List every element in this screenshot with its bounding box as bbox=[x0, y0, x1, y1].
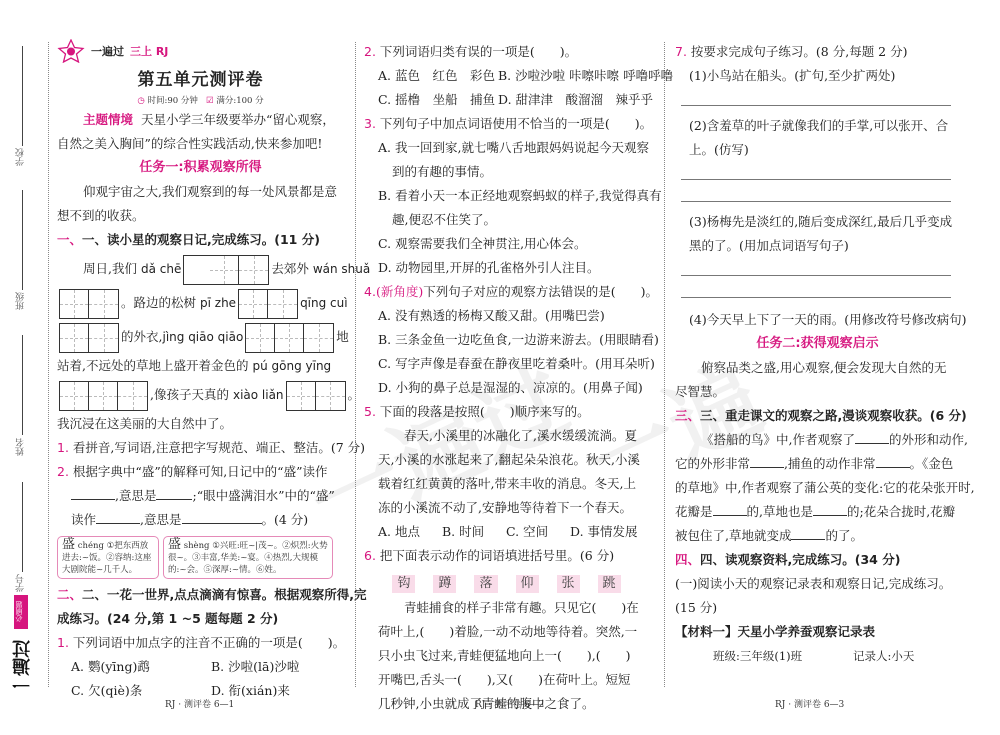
exam-time: 时间:90 分钟 bbox=[148, 96, 198, 106]
option-a[interactable]: A. 鹦(yīng)鹉 bbox=[71, 655, 211, 679]
sub-question: (2)含羞草的叶子就像我们的手掌,可以张开、合 bbox=[675, 114, 960, 138]
answer-blank[interactable] bbox=[876, 453, 910, 468]
page-1: 第五单元测评卷 ◷ 时间:90 分钟 ☑ 满分:100 分 主题情境 天星小学三… bbox=[57, 64, 344, 703]
record-meta: 班级:三年级(1)班记录人:小天 bbox=[675, 644, 960, 668]
page-title: 第五单元测评卷 bbox=[57, 66, 344, 94]
answer-line[interactable] bbox=[681, 178, 951, 180]
task-heading: 任务二:获得观察启示 bbox=[675, 332, 960, 356]
option-a[interactable]: A. 蓝色 红色 彩色 bbox=[378, 64, 498, 88]
pinyin: pú gōng yīng bbox=[252, 359, 331, 373]
diary-line: 。路边的松树 pī zheqīng cuì bbox=[57, 286, 344, 320]
answer-line[interactable] bbox=[681, 274, 951, 276]
theme-text: 自然之美入胸间”的综合性实践活动,快来参加吧! bbox=[57, 132, 344, 156]
writing-grid[interactable] bbox=[59, 381, 148, 411]
new-angle-tag: (新角度) bbox=[376, 284, 423, 299]
page-footer: RJ · 测评卷 6—3 bbox=[775, 697, 844, 710]
options: A. 蓝色 红色 彩色B. 沙啦沙啦 咔嚓咔嚓 呼噜呼噜 bbox=[364, 64, 649, 88]
question-text: 下面的段落是按照( )顺序来写的。 bbox=[380, 404, 590, 419]
margin-badge: 必刷题 bbox=[14, 595, 28, 629]
question-text: 下列句子中加点词语使用不恰当的一项是( )。 bbox=[380, 116, 652, 131]
passage-line: 冻的小溪流不动了,安静地等待着下一个春天。 bbox=[364, 496, 649, 520]
option-a[interactable]: A. 地点 bbox=[378, 520, 442, 544]
word-chip: 跳 bbox=[598, 575, 621, 593]
material-title: 【材料一】天星小学养蚕观察记录表 bbox=[675, 620, 960, 644]
option-b[interactable]: B. 沙啦(lā)沙啦 bbox=[211, 655, 299, 679]
answer-blank[interactable] bbox=[71, 485, 115, 500]
question: 7. 按要求完成句子练习。(8 分,每题 2 分) bbox=[675, 40, 960, 64]
diary-text: ,像孩子天真的 bbox=[150, 387, 229, 402]
diary-line: 周日,我们 dǎ chē去郊外 wán shuǎ bbox=[57, 252, 344, 286]
question-cont: 读作,意思是。(4 分) bbox=[57, 508, 344, 532]
answer-blank[interactable] bbox=[791, 525, 825, 540]
section-heading: 四、四、读观察资料,完成练习。(34 分) bbox=[675, 548, 960, 572]
pinyin: xiào liǎn bbox=[233, 388, 284, 402]
word-chip: 仰 bbox=[516, 575, 539, 593]
fill-paragraph: 被包住了,草地就变成的了。 bbox=[675, 524, 960, 548]
options: A. 鹦(yīng)鹉B. 沙啦(lā)沙啦 bbox=[57, 655, 344, 679]
word-bank: 钩蹲落仰张跳 bbox=[364, 568, 649, 596]
logo: 一遍过 三上 RJ bbox=[57, 40, 168, 62]
question-text: 下列词语归类有误的一项是( )。 bbox=[380, 44, 577, 59]
writing-grid[interactable] bbox=[59, 323, 119, 353]
question-text: 根据字典中“盛”的解释可知,日记中的“盛”读作 bbox=[73, 464, 328, 479]
star-logo-icon bbox=[57, 39, 85, 63]
question: 1. 看拼音,写词语,注意把字写规范、端正、整洁。(7 分) bbox=[57, 436, 344, 460]
fill-paragraph: 花瓣是的,草地也是的;花朵合拢时,花瓣 bbox=[675, 500, 960, 524]
diary-line: 站着,不远处的草地上盛开着金色的 pú gōng yīng bbox=[57, 354, 344, 378]
answer-blank[interactable] bbox=[182, 509, 262, 524]
intro-text: 俯察品类之盛,用心观察,便会发现大自然的无 bbox=[675, 356, 960, 380]
diary-text: 的外衣, bbox=[121, 329, 162, 344]
question: 5. 下面的段落是按照( )顺序来写的。 bbox=[364, 400, 649, 424]
answer-line[interactable] bbox=[681, 104, 951, 106]
answer-blank[interactable] bbox=[96, 509, 140, 524]
question-text: 下列词语中加点字的注音不正确的一项是( )。 bbox=[73, 635, 345, 650]
option-d[interactable]: D. 事情发展 bbox=[570, 520, 638, 544]
section-title: 二、一花一世界,点点滴滴有惊喜。根据观察所得,完 bbox=[82, 587, 367, 602]
section-heading: 三、三、重走课文的观察之路,漫谈观察收获。(6 分) bbox=[675, 404, 960, 428]
answer-blank[interactable] bbox=[813, 501, 847, 516]
answer-line[interactable] bbox=[681, 296, 951, 298]
option-c[interactable]: C. 摇橹 坐船 捕鱼 bbox=[378, 88, 498, 112]
intro-text: 想不到的收获。 bbox=[57, 204, 344, 228]
page-2: 2. 下列词语归类有误的一项是( )。 A. 蓝色 红色 彩色B. 沙啦沙啦 咔… bbox=[364, 40, 649, 716]
sub-question: (3)杨梅先是淡红的,随后变成深红,最后几乎变成 bbox=[675, 210, 960, 234]
answer-blank[interactable] bbox=[156, 485, 192, 500]
page-footer: RJ · 测评卷 6—2 bbox=[475, 697, 544, 710]
margin-line bbox=[22, 46, 23, 146]
pinyin: wán shuǎ bbox=[313, 262, 370, 276]
question-cont: ,意思是;“眼中盛满泪水”中的“盛” bbox=[57, 484, 344, 508]
section-title: 三、重走课文的观察之路,漫谈观察收获。(6 分) bbox=[700, 408, 967, 423]
diary-text: 去郊外 bbox=[271, 261, 309, 276]
option-c[interactable]: C. 观察需要我们全神贯注,用心体会。 bbox=[364, 232, 649, 256]
section-title: 一、读小星的观察日记,完成练习。(11 分) bbox=[82, 232, 320, 247]
exam-score: 满分:100 分 bbox=[216, 96, 263, 106]
writing-grid[interactable] bbox=[286, 381, 346, 411]
section-heading: 二、二、一花一世界,点点滴滴有惊喜。根据观察所得,完 bbox=[57, 583, 344, 607]
exam-meta: ◷ 时间:90 分钟 ☑ 满分:100 分 bbox=[57, 94, 344, 108]
theme-text: 天星小学三年级要举办“留心观察， bbox=[141, 112, 335, 127]
theme-line: 主题情境 天星小学三年级要举办“留心观察， bbox=[57, 108, 344, 132]
dict-entry-sheng: 盛 shèng ①兴旺:旺~|茂~。②炽烈:火势很~。③丰富,华美:~宴。④热烈… bbox=[163, 536, 333, 579]
passage-line: 天,小溪的水涨起来了,翻起朵朵浪花。秋天,小溪 bbox=[364, 448, 649, 472]
recorder-label: 记录人:小天 bbox=[853, 649, 914, 663]
section-heading: 一、一、读小星的观察日记,完成练习。(11 分) bbox=[57, 228, 344, 252]
brand-name: 一遍过 bbox=[91, 43, 124, 59]
sub-section: (一)阅读小天的观察记录表和观察日记,完成练习。 bbox=[675, 572, 960, 596]
task-heading: 任务一:积累观察所得 bbox=[57, 156, 344, 180]
margin-label-name: 姓名 bbox=[14, 438, 30, 456]
question: 3. 下列句子中加点词语使用不恰当的一项是( )。 bbox=[364, 112, 649, 136]
section-title: 四、读观察资料,完成练习。(34 分) bbox=[700, 552, 900, 567]
page-footer: RJ · 测评卷 6—1 bbox=[165, 697, 234, 710]
answer-blank[interactable] bbox=[855, 429, 889, 444]
grade-label: 三上 RJ bbox=[130, 43, 168, 59]
margin-brand: 一遍过 bbox=[10, 640, 36, 694]
passage-line: 春天,小溪里的冰融化了,溪水缓缓流淌。夏 bbox=[364, 424, 649, 448]
theme-label: 主题情境 bbox=[83, 112, 133, 127]
passage-line: 只小虫飞过来,青蛙便猛地向上一( ),( ) bbox=[364, 644, 649, 668]
column-divider bbox=[664, 42, 665, 687]
answer-blank[interactable] bbox=[750, 453, 784, 468]
question: 1. 下列词语中加点字的注音不正确的一项是( )。 bbox=[57, 631, 344, 655]
question-text: 下列句子对应的观察方法错误的是( )。 bbox=[423, 284, 658, 299]
word-chip: 蹲 bbox=[433, 575, 456, 593]
writing-grid[interactable] bbox=[59, 289, 119, 319]
clock-icon: ◷ bbox=[137, 96, 144, 106]
option-b[interactable]: B. 沙啦沙啦 咔嚓咔嚓 呼噜呼噜 bbox=[498, 64, 673, 88]
diary-line: ,像孩子天真的 xiào liǎn。 bbox=[57, 378, 344, 412]
pinyin: qīng cuì bbox=[300, 296, 348, 310]
margin-label-school: 学校 bbox=[14, 148, 30, 166]
margin-perforation bbox=[48, 42, 49, 687]
option-b[interactable]: B. 时间 bbox=[442, 520, 506, 544]
option-b-cont: 趣,便忍不住笑了。 bbox=[364, 208, 649, 232]
options: A. 地点B. 时间C. 空间D. 事情发展 bbox=[364, 520, 649, 544]
passage-line: 青蛙捕食的样子非常有趣。只见它( )在 bbox=[364, 596, 649, 620]
question: 6. 把下面表示动作的词语填进括号里。(6 分) bbox=[364, 544, 649, 568]
answer-blank[interactable] bbox=[713, 501, 747, 516]
margin-line bbox=[22, 482, 23, 572]
option-a[interactable]: A. 我一回到家,就七嘴八舌地跟妈妈说起今天观察 bbox=[364, 136, 649, 160]
option-d[interactable]: D. 甜津津 酸溜溜 辣乎乎 bbox=[498, 88, 653, 112]
question: 2. 下列词语归类有误的一项是( )。 bbox=[364, 40, 649, 64]
dict-entry-cheng: 盛 chéng ①把东西放进去:~饭。②容纳:这座大剧院能~几千人。 bbox=[57, 536, 159, 579]
passage-line: 开嘴巴,舌头一( ),又( )在荷叶上。短短 bbox=[364, 668, 649, 692]
question-text: 按要求完成句子练习。(8 分,每题 2 分) bbox=[691, 44, 908, 59]
sub-question: (1)小鸟站在船头。(扩句,至少扩两处) bbox=[675, 64, 960, 88]
intro-text: 尽智慧。 bbox=[675, 380, 960, 404]
options: C. 摇橹 坐船 捕鱼D. 甜津津 酸溜溜 辣乎乎 bbox=[364, 88, 649, 112]
sub-question: (4)今天早上下了一天的雨。(用修改符号修改病句) bbox=[675, 308, 960, 332]
option-d[interactable]: D. 动物园里,开屏的孔雀格外引人注目。 bbox=[364, 256, 649, 280]
sub-section: (15 分) bbox=[675, 596, 960, 620]
fill-paragraph: 《搭船的鸟》中,作者观察了的外形和动作, bbox=[675, 428, 960, 452]
writing-grid[interactable] bbox=[238, 289, 298, 319]
diary-text: 周日,我们 bbox=[83, 261, 137, 276]
margin-label-class: 班级 bbox=[14, 292, 30, 310]
fill-paragraph: 的草地》中,作者观察了蒲公英的变化:它的花朵张开时, bbox=[675, 476, 960, 500]
option-b[interactable]: B. 三条金鱼一边吃鱼食,一边游来游去。(用眼睛看) bbox=[364, 328, 649, 352]
sub-question: 黑的了。(用加点词语写句子) bbox=[675, 234, 960, 258]
checkbox-icon: ☑ bbox=[206, 96, 214, 106]
question-text: 看拼音,写词语,注意把字写规范、端正、整洁。(7 分) bbox=[73, 440, 365, 455]
option-d[interactable]: D. 小狗的鼻子总是湿湿的、凉凉的。(用鼻子闻) bbox=[364, 376, 649, 400]
class-label: 班级:三年级(1)班 bbox=[713, 644, 853, 668]
option-c[interactable]: C. 写字声像是春蚕在静夜里吃着桑叶。(用耳朵听) bbox=[364, 352, 649, 376]
option-a[interactable]: A. 没有熟透的杨梅又酸又甜。(用嘴巴尝) bbox=[364, 304, 649, 328]
diary-text: 我沉浸在这美丽的大自然中了。 bbox=[57, 412, 344, 436]
option-b[interactable]: B. 看着小天一本正经地观察蚂蚁的样子,我觉得真有 bbox=[364, 184, 649, 208]
diary-line: 的外衣,jìng qiāo qiāo地 bbox=[57, 320, 344, 354]
answer-line[interactable] bbox=[681, 200, 951, 202]
pinyin: dǎ chē bbox=[141, 262, 181, 276]
section-title: 成练习。(24 分,第 1 ~5 题每题 2 分) bbox=[57, 607, 344, 631]
word-chip: 落 bbox=[474, 575, 497, 593]
option-a-cont: 到的有趣的事情。 bbox=[364, 160, 649, 184]
dictionary-entries: 盛 chéng ①把东西放进去:~饭。②容纳:这座大剧院能~几千人。 盛 shè… bbox=[57, 536, 344, 579]
intro-text: 仰观宇宙之大,我们观察到的每一处风景都是意 bbox=[57, 180, 344, 204]
passage-line: 载着红红黄黄的落叶,带来丰收的消息。冬天,上 bbox=[364, 472, 649, 496]
diary-text: 。 bbox=[348, 387, 361, 402]
option-c[interactable]: C. 空间 bbox=[506, 520, 570, 544]
page-3: 7. 按要求完成句子练习。(8 分,每题 2 分) (1)小鸟站在船头。(扩句,… bbox=[675, 40, 960, 668]
margin-line bbox=[22, 335, 23, 435]
margin-line bbox=[22, 190, 23, 290]
question: 4.(新角度)下列句子对应的观察方法错误的是( )。 bbox=[364, 280, 649, 304]
writing-grid[interactable] bbox=[245, 323, 334, 353]
diary-text: 地 bbox=[336, 329, 349, 344]
passage-line: 荷叶上,( )着脸,一动不动地等待着。突然,一 bbox=[364, 620, 649, 644]
diary-text: 站着,不远处的草地上盛开着金色的 bbox=[57, 358, 248, 373]
word-chip: 张 bbox=[557, 575, 580, 593]
word-chip: 钩 bbox=[392, 575, 415, 593]
pinyin: jìng qiāo qiāo bbox=[162, 330, 243, 344]
pinyin: pī zhe bbox=[200, 296, 236, 310]
fill-paragraph: 它的外形非常,捕鱼的动作非常。《金色 bbox=[675, 452, 960, 476]
diary-text: 。路边的松树 bbox=[121, 295, 196, 310]
question: 2. 根据字典中“盛”的解释可知,日记中的“盛”读作 bbox=[57, 460, 344, 484]
sub-question: 上。(仿写) bbox=[675, 138, 960, 162]
writing-grid[interactable] bbox=[183, 255, 269, 285]
question-text: 把下面表示动作的词语填进括号里。(6 分) bbox=[380, 548, 614, 563]
margin-label-student-no: 学号 bbox=[14, 574, 30, 592]
